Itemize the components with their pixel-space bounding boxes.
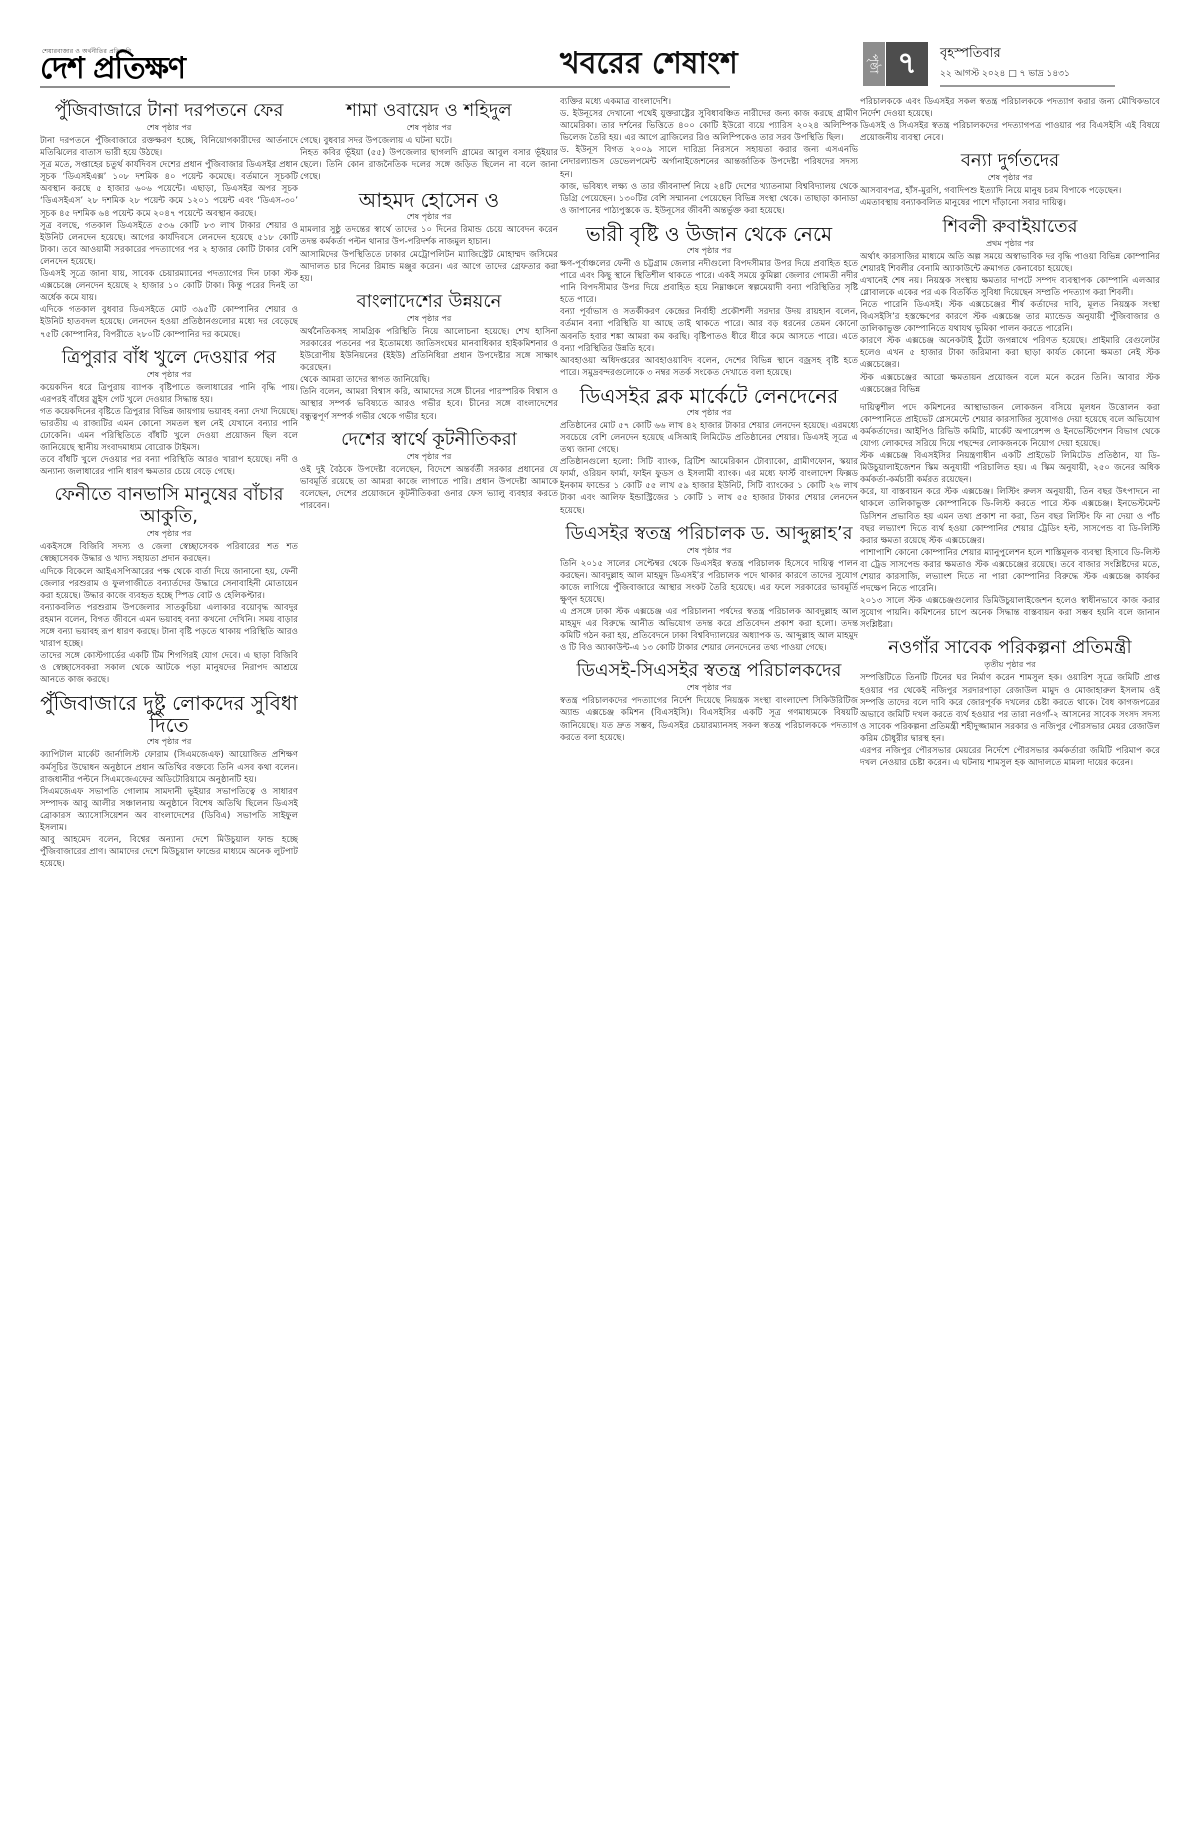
paragraph: তিনি ২০১৫ সালের সেপ্টেম্বর থেকে ডিএসইর স… [560,558,858,606]
paragraph: পরিচালককে এবং ডিএসইর সকল স্বতন্ত্র পরিচা… [860,96,1160,120]
continuation-note: শেষ পৃষ্ঠার পর [300,314,558,324]
paragraph: এ প্রসঙ্গে ঢাকা স্টক এক্সচেঞ্জ এর পরিচাল… [560,606,858,654]
paragraph: থেকে আমরা তাদের স্বাগত জানিয়েছি। [300,374,558,386]
article-stock-fall: পুঁজিবাজারে টানা দরপতনে ফের শেষ পৃষ্ঠার … [40,100,298,341]
paragraph: সূত্র বলছে, গতকাল ডিএসইতে ৫৩৬ কোটি ৮৩ লা… [40,220,298,268]
paragraph: স্বতন্ত্র পরিচালকদের পদত্যাগের নির্দেশ দ… [560,695,858,743]
paragraph: আসবাবপত্র, হাঁস-মুরগি, গবাদিপশু ইত্যাদি … [860,185,1160,197]
paragraph: প্রতিষ্ঠানগুলো হলো: সিটি ব্যাংক, ব্রিটিশ… [560,456,858,516]
article-body: টানা দরপতনে পুঁজিবাজারে রক্তক্ষরণ হচ্ছে,… [40,135,298,341]
continuation-note: শেষ পৃষ্ঠার পর [560,246,858,256]
paragraph: বন্যা পূর্বাভাস ও সতর্কীকরণ কেন্দ্রের নি… [560,306,858,354]
article-shama-obaed: শামা ওবায়েদ ও শহিদুল শেষ পৃষ্ঠার পর গেছ… [300,100,558,183]
headline: ডিএসই-সিএসইর স্বতন্ত্র পরিচালকদের [560,660,858,682]
date: ২২ আগস্ট ২০২৪ □ ৭ ভাদ্র ১৪৩১ [940,66,1120,81]
continuation-note: শেষ পৃষ্ঠার পর [560,546,858,556]
article-body: কয়েকদিন ধরে ত্রিপুরায় ব্যাপক বৃষ্টিপাত… [40,382,298,479]
article-heavy-rain: ভারী বৃষ্টি ও উজান থেকে নেমে শেষ পৃষ্ঠার… [560,223,858,379]
newspaper-logo: দেশ প্রতিক্ষণ [40,52,185,86]
headline: পুঁজিবাজারে দুষ্টু লোকদের সুবিধা দিতে [40,692,298,736]
article-body: গেছে। বুধবার সদর উপজেলায় এ ঘটনা ঘটে। নি… [300,135,558,183]
article-dse-cse-directors: ডিএসই-সিএসইর স্বতন্ত্র পরিচালকদের শেষ পৃ… [560,660,858,743]
article-yunus: ব্যক্তির মধ্যে একমাত্র বাংলাদেশি। ড. ইউন… [560,96,858,217]
paragraph: কারণে স্টক এক্সচেঞ্জ অনেকটাই ঠুঁটো জগন্ন… [860,335,1160,371]
article-directors-resign: পরিচালককে এবং ডিএসইর সকল স্বতন্ত্র পরিচা… [860,96,1160,144]
column-2: শামা ওবায়েদ ও শহিদুল শেষ পৃষ্ঠার পর গেছ… [300,96,558,1843]
page-label: পৃষ্ঠা [863,42,885,86]
article-naogaon-minister: নওগাঁর সাবেক পরিকল্পনা প্রতিমন্ত্রী তৃতী… [860,637,1160,769]
paragraph: বন্যাকবলিত পরশুরাম উপজেলার সাতকুচিয়া এল… [40,602,298,650]
paragraph: কাজ, ভবিষ্যৎ লক্ষ্য ও তার জীবনাদর্শ নিয়… [560,181,858,217]
headline: দেশের স্বার্থে কূটনীতিকরা [300,429,558,451]
article-diplomats: দেশের স্বার্থে কূটনীতিকরা শেষ পৃষ্ঠার পর… [300,429,558,512]
paragraph: গেছে। বুধবার সদর উপজেলায় এ ঘটনা ঘটে। [300,135,558,147]
article-body: ব্যক্তির মধ্যে একমাত্র বাংলাদেশি। ড. ইউন… [560,96,858,217]
dateline: বৃহস্পতিবার ২২ আগস্ট ২০২৪ □ ৭ ভাদ্র ১৪৩১ [940,46,1120,87]
logo-block: শেয়ারবাজার ও অর্থনীতির প্রতিচ্ছবি দেশ প… [40,44,300,88]
article-body: ক্ষণ-পূর্বাঞ্চলের ফেনী ও চট্টগ্রাম জেলার… [560,258,858,379]
article-body: স্বতন্ত্র পরিচালকদের পদত্যাগের নির্দেশ দ… [560,695,858,743]
headline: বাংলাদেশের উন্নয়নে [300,291,558,313]
paragraph: এমতাবস্থায় বন্যাকবলিত মানুষের পাশে দাঁড… [860,197,1160,209]
paragraph: স্টক এক্সচেঞ্জের আরো ক্ষমতায়ন প্রয়োজন … [860,372,1160,396]
continuation-note: শেষ পৃষ্ঠার পর [860,173,1160,183]
continuation-note: শেষ পৃষ্ঠার পর [40,529,298,539]
paragraph: সম্পত্তিটিতে তিনটি টিনের ঘর নির্মাণ করেন… [860,672,1160,745]
article-capital-market-forum: পুঁজিবাজারে দুষ্টু লোকদের সুবিধা দিতে শে… [40,692,298,870]
masthead: শেয়ারবাজার ও অর্থনীতির প্রতিচ্ছবি দেশ প… [40,40,1200,88]
article-body: অর্থনৈতিকসহ সামগ্রিক পরিস্থিতি নিয়ে আলো… [300,326,558,423]
continuation-note: প্রথম পৃষ্ঠার পর [860,239,1160,249]
paragraph: আসামিদের উপস্থিতিতে ঢাকার মেট্রোপলিটন ম্… [300,249,558,285]
paragraph: এদিকে গতকাল বুধবার ডিএসইতে মোট ৩৯৫টি কোম… [40,304,298,340]
column-4: পরিচালককে এবং ডিএসইর সকল স্বতন্ত্র পরিচা… [860,96,1160,1843]
article-flood-victims: বন্যা দুর্গতদের শেষ পৃষ্ঠার পর আসবাবপত্র… [860,150,1160,209]
paragraph: ড. ইউনূসের দেখানো পথেই যুক্তরাষ্ট্রের সু… [560,108,858,144]
article-body: মামলার সুষ্ঠু তদন্তের স্বার্থে তাদের ১০ … [300,224,558,284]
article-bangladesh-development: বাংলাদেশের উন্নয়নে শেষ পৃষ্ঠার পর অর্থন… [300,291,558,423]
article-body: দায়িত্বশীল পদে কমিশনের আস্থাভাজন লোকজন … [860,402,1160,632]
article-body: প্রতিষ্ঠানের মোট ৫৭ কোটি ৬৬ লাখ ৪২ হাজার… [560,420,858,517]
paragraph: ডিএসই সূত্রে জানা যায়, সাবেক চেয়ারম্যা… [40,268,298,304]
article-body: আসবাবপত্র, হাঁস-মুরগি, গবাদিপশু ইত্যাদি … [860,185,1160,209]
column-1: পুঁজিবাজারে টানা দরপতনে ফের শেষ পৃষ্ঠার … [40,96,298,1843]
continuation-note: শেষ পৃষ্ঠার পর [40,123,298,133]
headline: শিবলী রুবাইয়াতের [860,216,1160,238]
paragraph: সিএমজেএফ সভাপতি গোলাম সামদানী ভূইয়ার সভ… [40,786,298,834]
article-body: পরিচালককে এবং ডিএসইর সকল স্বতন্ত্র পরিচা… [860,96,1160,144]
article-body: অর্থাৎ কারসাজির মাধ্যমে অতি অল্প সময়ে অ… [860,251,1160,396]
newspaper-page: শেয়ারবাজার ও অর্থনীতির প্রতিচ্ছবি দেশ প… [0,0,1200,1843]
headline: পুঁজিবাজারে টানা দরপতনে ফের [40,100,298,122]
paragraph: গত কয়েকদিনের বৃষ্টিতে ত্রিপুরার বিভিন্ন… [40,406,298,454]
page-number: ৭ [886,42,928,86]
continuation-note: শেষ পৃষ্ঠার পর [560,408,858,418]
paragraph: আবহাওয়া অধিদপ্তরের আবহাওয়াবিদ বলেন, দে… [560,355,858,379]
article-body: তিনি ২০১৫ সালের সেপ্টেম্বর থেকে ডিএসইর স… [560,558,858,655]
paragraph: সূত্র মতে, সপ্তাহের চতুর্থ কার্যদিবস দেশ… [40,159,298,219]
article-shibli-rubayat: শিবলী রুবাইয়াতের প্রথম পৃষ্ঠার পর অর্থা… [860,216,1160,396]
paragraph: নিহত কবির ভূঁইয়া (৫৫) উপজেলার ছাগলদি গ্… [300,147,558,183]
article-dse-director-abdullah: ডিএসইর স্বতন্ত্র পরিচালক ড. আব্দুল্লাহ’র… [560,523,858,655]
paragraph: ডিএসই ও সিএসইর স্বতন্ত্র পরিচালকদের পদত্… [860,120,1160,144]
day-of-week: বৃহস্পতিবার [940,46,1120,62]
headline: ডিএসইর স্বতন্ত্র পরিচালক ড. আব্দুল্লাহ’র [560,523,858,545]
date-rule [940,85,1115,87]
paragraph: তবে বাঁধটি খুলে দেওয়ার পর বন্যা পরিস্থি… [40,454,298,478]
paragraph: আবু আহমেদ বলেন, বিশ্বের অন্যান্য দেশে মি… [40,834,298,870]
headline: আহমদ হোসেন ও [300,189,558,211]
paragraph: নিতে পারেনি ডিএসই। স্টক এক্সচেঞ্জের শীর্… [860,299,1160,335]
paragraph: ওই দুই বৈঠকে উপদেষ্টা বলেছেন, বিদেশে অন্… [300,464,558,512]
continuation-note: শেষ পৃষ্ঠার পর [560,683,858,693]
headline: শামা ওবায়েদ ও শহিদুল [300,100,558,122]
article-ahmad-hossain: আহমদ হোসেন ও শেষ পৃষ্ঠার পর মামলার সুষ্ঠ… [300,189,558,284]
article-feni-flood: ফেনীতে বানভাসি মানুষের বাঁচার আকুতি, শেষ… [40,484,298,686]
paragraph: ক্যাপিটাল মার্কেট জার্নালিস্ট ফোরাম (সিএ… [40,749,298,785]
column-3: ব্যক্তির মধ্যে একমাত্র বাংলাদেশি। ড. ইউন… [560,96,858,1843]
paragraph: পাশাপাশি কোনো কোম্পানির শেয়ার ম্যানুপুল… [860,547,1160,595]
masthead-rule [40,86,730,88]
paragraph: একইসঙ্গে বিজিবি সদস্য ও জেলা স্বেচ্ছাসেব… [40,541,298,565]
article-body: ক্যাপিটাল মার্কেট জার্নালিস্ট ফোরাম (সিএ… [40,749,298,870]
headline: ডিএসইর ব্লক মার্কেটে লেনদেনের [560,385,858,407]
headline: নওগাঁর সাবেক পরিকল্পনা প্রতিমন্ত্রী [860,637,1160,659]
continuation-note: শেষ পৃষ্ঠার পর [300,212,558,222]
paragraph: কয়েকদিন ধরে ত্রিপুরায় ব্যাপক বৃষ্টিপাত… [40,382,298,406]
paragraph: অর্থাৎ কারসাজির মাধ্যমে অতি অল্প সময়ে অ… [860,251,1160,275]
paragraph: দায়িত্বশীল পদে কমিশনের আস্থাভাজন লোকজন … [860,402,1160,450]
headline: ত্রিপুরার বাঁধ খুলে দেওয়ার পর [40,347,298,369]
paragraph: করে, যা বাস্তবায়ন করে স্টক এক্সচেঞ্জ। ল… [860,486,1160,546]
article-body: ওই দুই বৈঠকে উপদেষ্টা বলেছেন, বিদেশে অন্… [300,464,558,512]
paragraph: এখানেই শেষ নয়। নিয়ন্ত্রক সংস্থায় ক্ষম… [860,275,1160,299]
paragraph: স্টক এক্সচেঞ্জ বিএসইসির নিয়ন্ত্রণাধীন এ… [860,450,1160,486]
paragraph: ২০১৩ সালে স্টক এক্সচেঞ্জগুলোর ডিমিউচুয়া… [860,595,1160,631]
continuation-note: শেষ পৃষ্ঠার পর [40,737,298,747]
headline: ভারী বৃষ্টি ও উজান থেকে নেমে [560,223,858,245]
paragraph: অর্থনৈতিকসহ সামগ্রিক পরিস্থিতি নিয়ে আলো… [300,326,558,374]
article-body: একইসঙ্গে বিজিবি সদস্য ও জেলা স্বেচ্ছাসেব… [40,541,298,686]
continuation-note: তৃতীয় পৃষ্ঠার পর [860,660,1160,670]
article-stock-exchange-powers: দায়িত্বশীল পদে কমিশনের আস্থাভাজন লোকজন … [860,402,1160,632]
continuation-note: শেষ পৃষ্ঠার পর [40,370,298,380]
paragraph: এদিকে বিকেলে আইএসপিআরের পক্ষ থেকে বার্তা… [40,566,298,602]
headline: ফেনীতে বানভাসি মানুষের বাঁচার আকুতি, [40,484,298,528]
paragraph: টানা দরপতনে পুঁজিবাজারে রক্তক্ষরণ হচ্ছে,… [40,135,298,159]
continuation-note: শেষ পৃষ্ঠার পর [300,452,558,462]
headline: বন্যা দুর্গতদের [860,150,1160,172]
continuation-note: শেষ পৃষ্ঠার পর [300,123,558,133]
paragraph: এরপর নজিপুর পৌরসভার মেয়রের নির্দেশে পৌর… [860,745,1160,769]
section-title: খবরের শেষাংশ [560,46,738,82]
paragraph: তিনি বলেন, আমরা বিশ্বাস করি, আমাদের সঙ্গ… [300,386,558,422]
paragraph: ক্ষণ-পূর্বাঞ্চলের ফেনী ও চট্টগ্রাম জেলার… [560,258,858,306]
paragraph: তাদের সঙ্গে কোস্টগার্ডের একটি টিম শিগগির… [40,650,298,686]
paragraph: ব্যক্তির মধ্যে একমাত্র বাংলাদেশি। [560,96,858,108]
article-dse-block-market: ডিএসইর ব্লক মার্কেটে লেনদেনের শেষ পৃষ্ঠা… [560,385,858,517]
paragraph: ড. ইউনূস বিগত ২০০৯ সালে দারিদ্র্য নিরসনে… [560,144,858,180]
article-body: সম্পত্তিটিতে তিনটি টিনের ঘর নির্মাণ করেন… [860,672,1160,769]
paragraph: মামলার সুষ্ঠু তদন্তের স্বার্থে তাদের ১০ … [300,224,558,248]
paragraph: প্রতিষ্ঠানের মোট ৫৭ কোটি ৬৬ লাখ ৪২ হাজার… [560,420,858,456]
article-tripura-dam: ত্রিপুরার বাঁধ খুলে দেওয়ার পর শেষ পৃষ্ঠ… [40,347,298,479]
